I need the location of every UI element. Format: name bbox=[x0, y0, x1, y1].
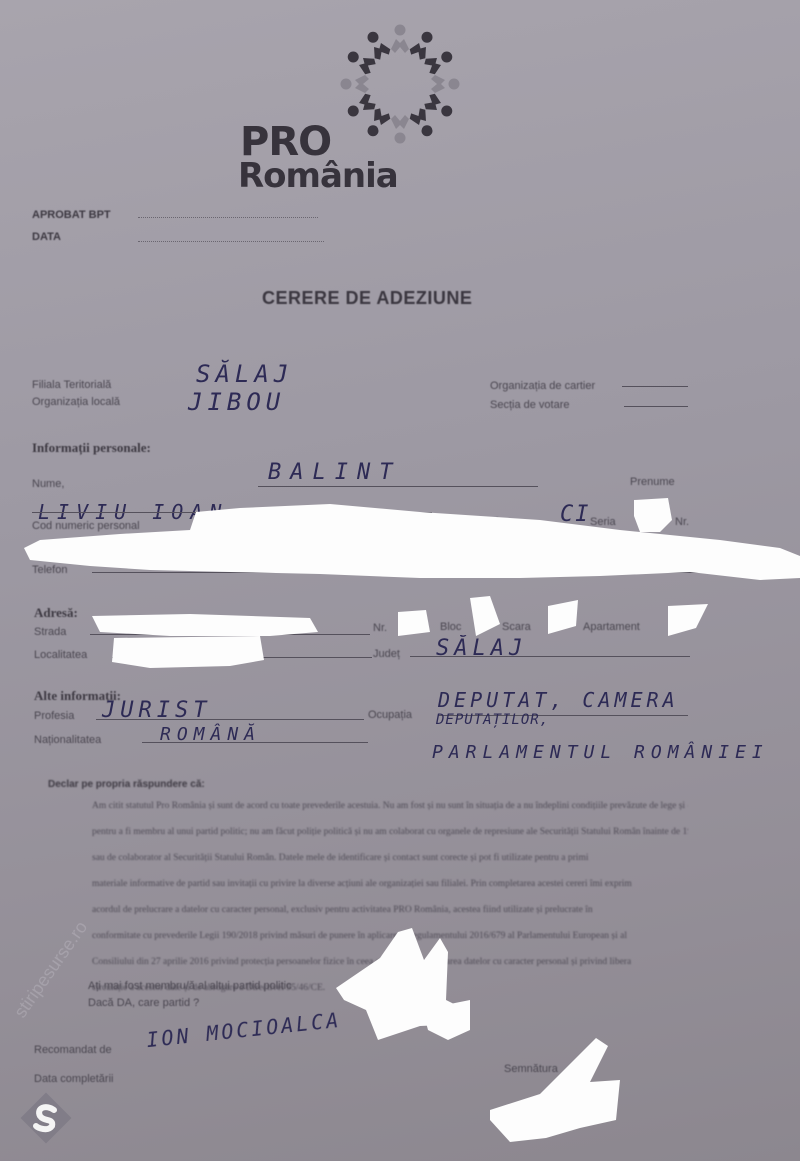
redaction-overlay bbox=[0, 0, 800, 1161]
watermark bbox=[16, 1088, 76, 1148]
s-logo-icon bbox=[16, 1088, 76, 1148]
